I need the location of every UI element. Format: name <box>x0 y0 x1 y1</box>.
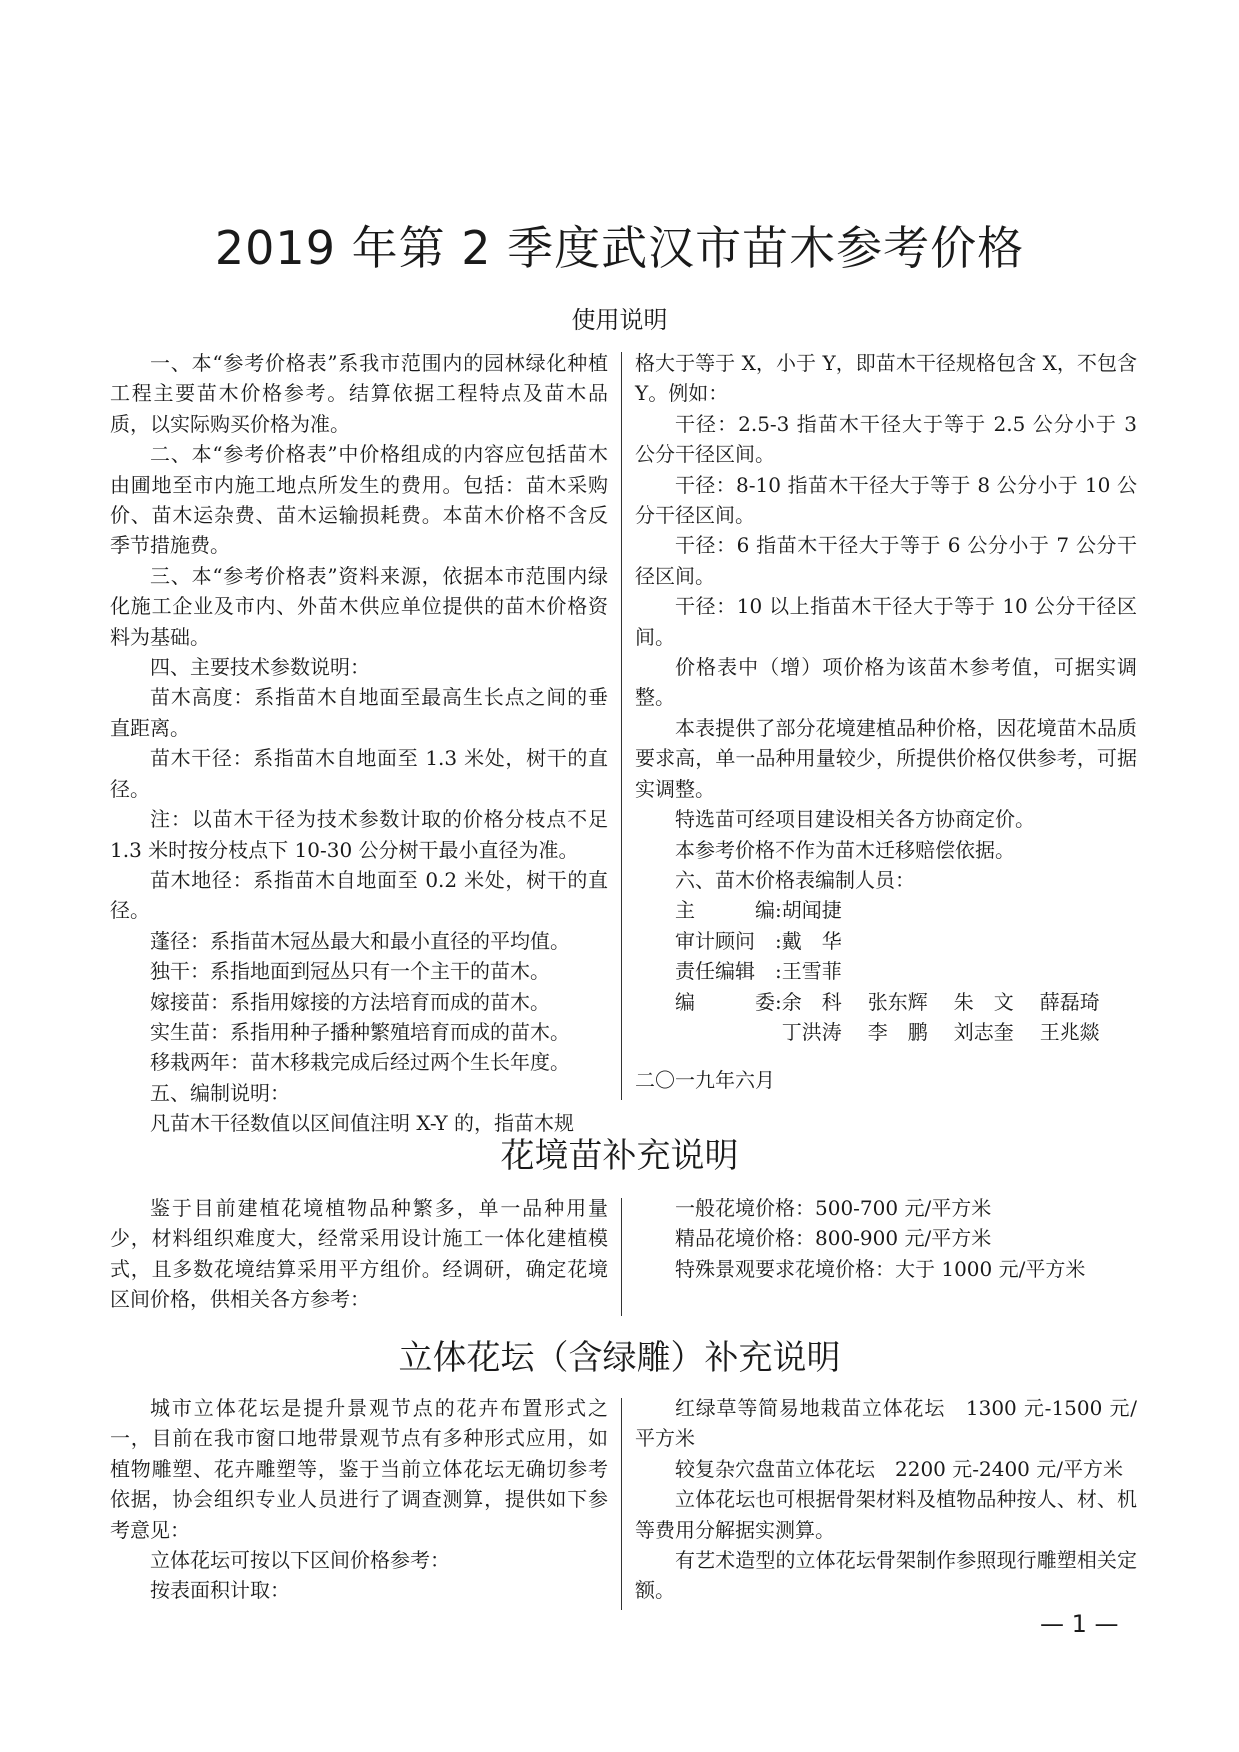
paragraph: 城市立体花坛是提升景观节点的花卉布置形式之一，目前在我市窗口地带景观节点有多种形… <box>110 1393 608 1545</box>
paragraph: 红绿草等简易地栽苗立体花坛 1300 元-1500 元/平方米 <box>635 1393 1137 1454</box>
staff-role: 责任编辑 <box>675 956 775 986</box>
paragraph: 有艺术造型的立体花坛骨架制作参照现行雕塑相关定额。 <box>635 1545 1137 1606</box>
staff-responsible-editor: 责任编辑: 王雪菲 <box>635 956 1137 986</box>
price-line: 一般花境价格：500-700 元/平方米 <box>635 1193 1137 1223</box>
staff-role: 审计顾问 <box>675 926 775 956</box>
staff-committee-continued: : 丁洪涛 李 鹏 刘志奎 王兆燚 <box>635 1017 1137 1047</box>
paragraph: 苗木地径：系指苗木自地面至 0.2 米处，树干的直径。 <box>110 865 608 926</box>
paragraph: 鉴于目前建植花境植物品种繁多，单一品种用量少，材料组织难度大，经常采用设计施工一… <box>110 1193 608 1315</box>
paragraph: 本表提供了部分花境建植品种价格，因花境苗木品质要求高，单一品种用量较少，所提供价… <box>635 713 1137 804</box>
usage-right-column: 格大于等于 X，小于 Y，即苗木干径规格包含 X，不包含 Y。例如： 干径：2.… <box>635 348 1137 1096</box>
flower-bed-left: 城市立体花坛是提升景观节点的花卉布置形式之一，目前在我市窗口地带景观节点有多种形… <box>110 1393 608 1606</box>
flower-border-left: 鉴于目前建植花境植物品种繁多，单一品种用量少，材料组织难度大，经常采用设计施工一… <box>110 1193 608 1315</box>
staff-name: 朱 文 <box>954 987 1040 1017</box>
paragraph: 实生苗：系指用种子播种繁殖培育而成的苗木。 <box>110 1017 608 1047</box>
staff-name: 戴 华 <box>782 926 842 956</box>
staff-name: 丁洪涛 <box>782 1017 868 1047</box>
paragraph: 干径：6 指苗木干径大于等于 6 公分小于 7 公分干径区间。 <box>635 530 1137 591</box>
staff-name: 李 鹏 <box>868 1017 954 1047</box>
paragraph: 本参考价格不作为苗木迁移赔偿依据。 <box>635 835 1137 865</box>
paragraph: 苗木干径：系指苗木自地面至 1.3 米处，树干的直径。 <box>110 743 608 804</box>
paragraph: 五、编制说明： <box>110 1078 608 1108</box>
paragraph: 干径：10 以上指苗木干径大于等于 10 公分干径区间。 <box>635 591 1137 652</box>
staff-name: 胡闻捷 <box>782 895 842 925</box>
staff-role: 编委 <box>675 987 775 1017</box>
document-date: 二〇一九年六月 <box>635 1065 1137 1095</box>
column-divider <box>621 352 622 1100</box>
staff-name: 王雪菲 <box>782 956 842 986</box>
usage-left-column: 一、本“参考价格表”系我市范围内的园林绿化种植工程主要苗木价格参考。结算依据工程… <box>110 348 608 1139</box>
paragraph: 二、本“参考价格表”中价格组成的内容应包括苗木由圃地至市内施工地点所发生的费用。… <box>110 439 608 561</box>
staff-role: 主编 <box>675 895 775 925</box>
paragraph: 干径：8-10 指苗木干径大于等于 8 公分小于 10 公分干径区间。 <box>635 470 1137 531</box>
paragraph: 按表面积计取： <box>110 1575 608 1605</box>
paragraph: 干径：2.5-3 指苗木干径大于等于 2.5 公分小于 3 公分干径区间。 <box>635 409 1137 470</box>
page-number: — 1 — <box>1040 1610 1119 1638</box>
paragraph: 苗木高度：系指苗木自地面至最高生长点之间的垂直距离。 <box>110 682 608 743</box>
flower-border-right: 一般花境价格：500-700 元/平方米 精品花境价格：800-900 元/平方… <box>635 1193 1137 1284</box>
paragraph: 一、本“参考价格表”系我市范围内的园林绿化种植工程主要苗木价格参考。结算依据工程… <box>110 348 608 439</box>
paragraph: 六、苗木价格表编制人员： <box>635 865 1137 895</box>
staff-name: 余 科 <box>782 987 868 1017</box>
staff-audit-advisor: 审计顾问: 戴 华 <box>635 926 1137 956</box>
price-line: 精品花境价格：800-900 元/平方米 <box>635 1223 1137 1253</box>
flower-bed-right: 红绿草等简易地栽苗立体花坛 1300 元-1500 元/平方米 较复杂穴盘苗立体… <box>635 1393 1137 1606</box>
paragraph: 注：以苗木干径为技术参数计取的价格分枝点不足 1.3 米时按分枝点下 10-30… <box>110 804 608 865</box>
paragraph: 立体花坛也可根据骨架材料及植物品种按人、材、机等费用分解据实测算。 <box>635 1484 1137 1545</box>
paragraph: 较复杂穴盘苗立体花坛 2200 元-2400 元/平方米 <box>635 1454 1137 1484</box>
staff-name: 刘志奎 <box>954 1017 1040 1047</box>
staff-name: 薛磊琦 <box>1040 987 1126 1017</box>
staff-committee: 编委: 余 科 张东辉 朱 文 薛磊琦 <box>635 987 1137 1017</box>
staff-name: 张东辉 <box>868 987 954 1017</box>
paragraph: 蓬径：系指苗木冠丛最大和最小直径的平均值。 <box>110 926 608 956</box>
paragraph: 移栽两年：苗木移栽完成后经过两个生长年度。 <box>110 1047 608 1077</box>
paragraph: 价格表中（增）项价格为该苗木参考值，可据实调整。 <box>635 652 1137 713</box>
paragraph: 格大于等于 X，小于 Y，即苗木干径规格包含 X，不包含 Y。例如： <box>635 348 1137 409</box>
paragraph: 三、本“参考价格表”资料来源，依据本市范围内绿化施工企业及市内、外苗木供应单位提… <box>110 561 608 652</box>
paragraph: 独干：系指地面到冠丛只有一个主干的苗木。 <box>110 956 608 986</box>
paragraph: 四、主要技术参数说明： <box>110 652 608 682</box>
paragraph: 嫁接苗：系指用嫁接的方法培育而成的苗木。 <box>110 987 608 1017</box>
paragraph: 特选苗可经项目建设相关各方协商定价。 <box>635 804 1137 834</box>
usage-subtitle: 使用说明 <box>0 300 1239 335</box>
staff-chief-editor: 主编: 胡闻捷 <box>635 895 1137 925</box>
page-title: 2019 年第 2 季度武汉市苗木参考价格 <box>0 212 1239 278</box>
staff-name: 王兆燚 <box>1040 1017 1126 1047</box>
flower-bed-title: 立体花坛（含绿雕）补充说明 <box>0 1330 1239 1379</box>
paragraph: 立体花坛可按以下区间价格参考： <box>110 1545 608 1575</box>
column-divider <box>621 1398 622 1610</box>
flower-border-title: 花境苗补充说明 <box>0 1128 1239 1177</box>
price-line: 特殊景观要求花境价格：大于 1000 元/平方米 <box>635 1254 1137 1284</box>
column-divider <box>621 1198 622 1316</box>
